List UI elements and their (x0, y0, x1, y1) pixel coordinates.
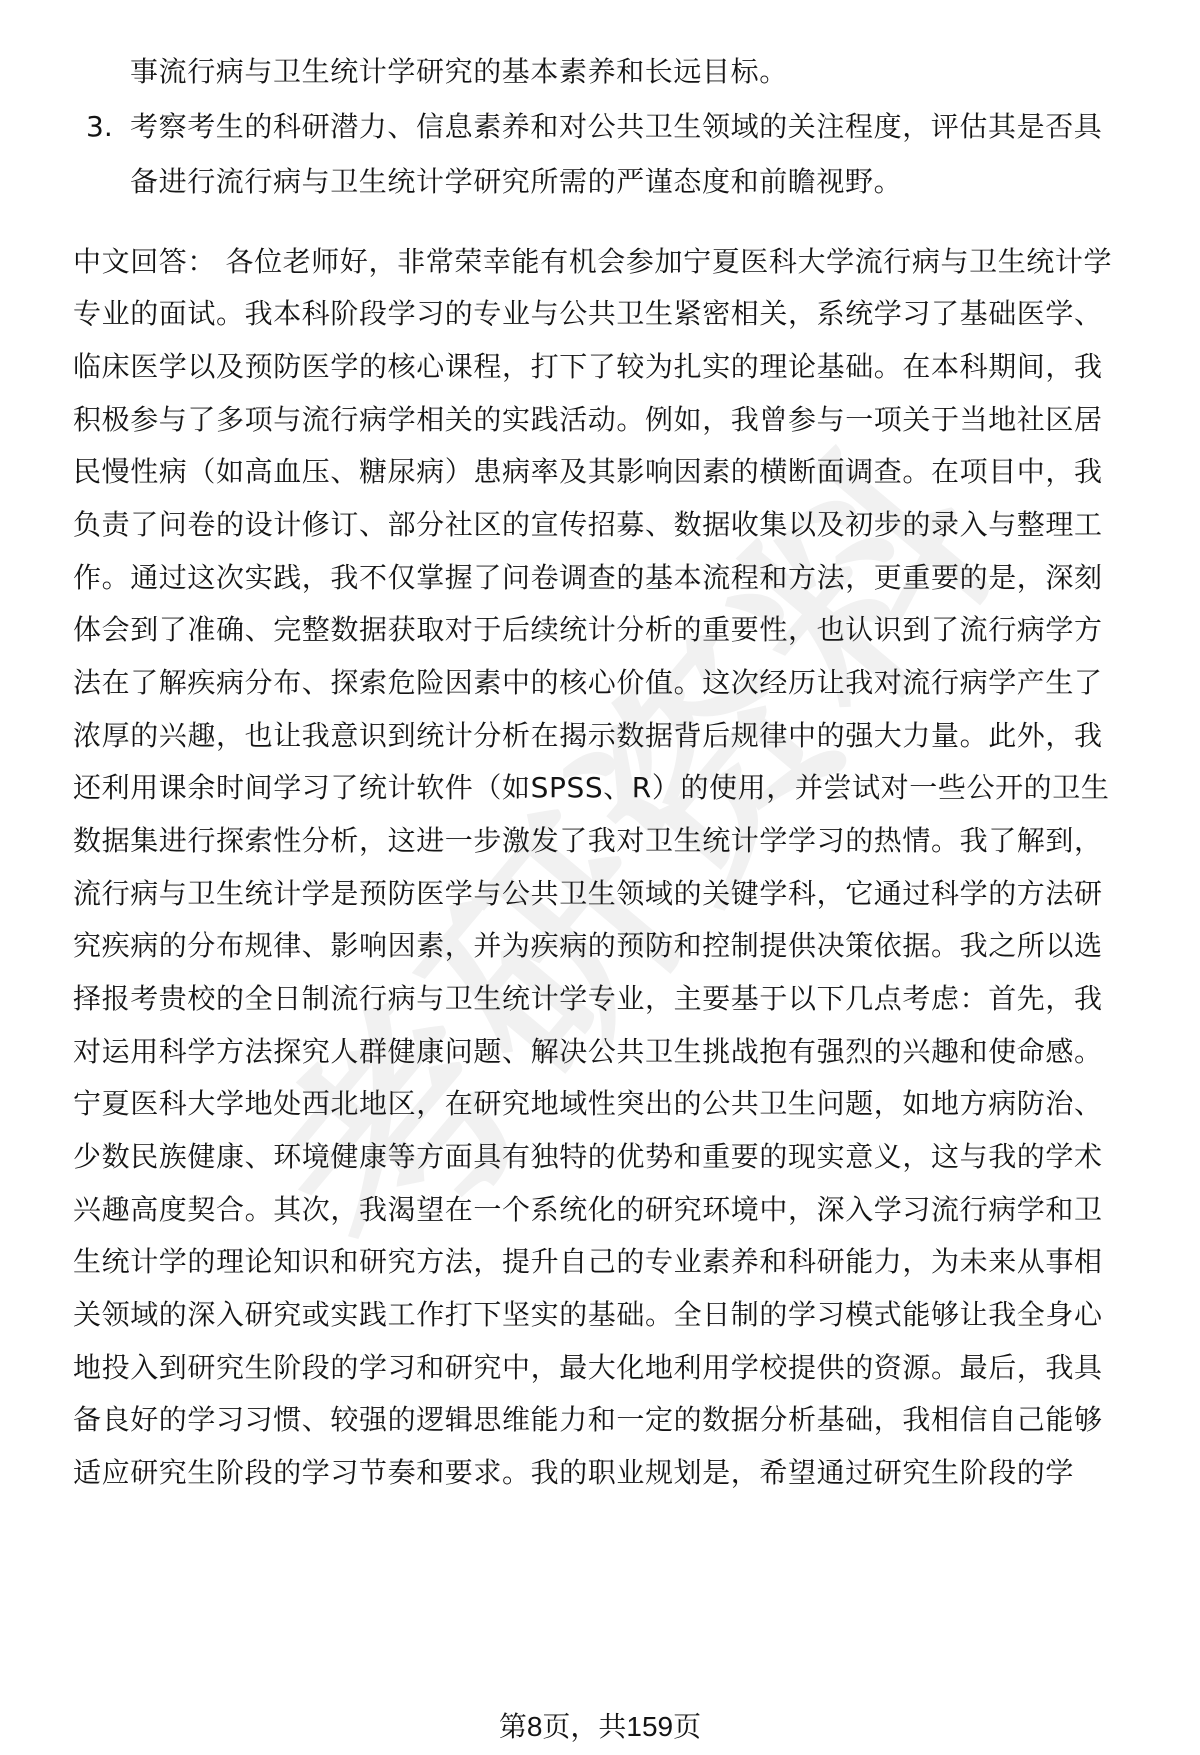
paragraph-line: 对运用科学方法探究人群健康问题、解决公共卫生挑战抱有强烈的兴趣和使命感。 (73, 1032, 1103, 1072)
paragraph-line: 数据集进行探索性分析，这进一步激发了我对卫生统计学学习的热情。我了解到， (73, 821, 1103, 861)
paragraph-line: 民慢性病（如高血压、糖尿病）患病率及其影响因素的横断面调查。在项目中，我 (73, 452, 1103, 492)
paragraph-line: 地投入到研究生阶段的学习和研究中，最大化地利用学校提供的资源。最后，我具 (73, 1348, 1103, 1388)
paragraph-line: 浓厚的兴趣，也让我意识到统计分析在揭示数据背后规律中的强大力量。此外，我 (73, 716, 1103, 756)
list-item-3-line: 考察考生的科研潜力、信息素养和对公共卫生领域的关注程度，评估其是否具 (130, 107, 1102, 147)
paragraph-line: 积极参与了多项与流行病学相关的实践活动。例如，我曾参与一项关于当地社区居 (73, 400, 1103, 440)
list-item-3-number: 3. (86, 107, 113, 147)
document-page: 考研资料 事流行病与卫生统计学研究的基本素养和长远目标。 3. 考察考生的科研潜… (0, 0, 1200, 1755)
paragraph-line: 作。通过这次实践，我不仅掌握了问卷调查的基本流程和方法，更重要的是，深刻 (73, 558, 1103, 598)
paragraph-line: 择报考贵校的全日制流行病与卫生统计学专业，主要基于以下几点考虑：首先，我 (73, 979, 1103, 1019)
paragraph-line: 生统计学的理论知识和研究方法，提升自己的专业素养和科研能力，为未来从事相 (73, 1242, 1103, 1282)
paragraph-line: 流行病与卫生统计学是预防医学与公共卫生领域的关键学科，它通过科学的方法研 (73, 874, 1103, 914)
page-indicator: 第8页，共159页 (0, 1707, 1200, 1747)
paragraph-line: 法在了解疾病分布、探索危险因素中的核心价值。这次经历让我对流行病学产生了 (73, 663, 1103, 703)
paragraph-line: 关领域的深入研究或实践工作打下坚实的基础。全日制的学习模式能够让我全身心 (73, 1295, 1103, 1335)
paragraph-line: 专业的面试。我本科阶段学习的专业与公共卫生紧密相关，系统学习了基础医学、 (73, 294, 1103, 334)
list-item-3-line: 备进行流行病与卫生统计学研究所需的严谨态度和前瞻视野。 (130, 162, 902, 202)
list-item-2-continuation: 事流行病与卫生统计学研究的基本素养和长远目标。 (130, 52, 788, 92)
paragraph-line: 中文回答： 各位老师好，非常荣幸能有机会参加宁夏医科大学流行病与卫生统计学 (73, 242, 1112, 282)
paragraph-line: 体会到了准确、完整数据获取对于后续统计分析的重要性，也认识到了流行病学方 (73, 610, 1103, 650)
paragraph-line: 究疾病的分布规律、影响因素，并为疾病的预防和控制提供决策依据。我之所以选 (73, 926, 1103, 966)
paragraph-line: 少数民族健康、环境健康等方面具有独特的优势和重要的现实意义，这与我的学术 (73, 1137, 1103, 1177)
paragraph-line: 备良好的学习习惯、较强的逻辑思维能力和一定的数据分析基础，我相信自己能够 (73, 1400, 1103, 1440)
paragraph-line: 临床医学以及预防医学的核心课程，打下了较为扎实的理论基础。在本科期间，我 (73, 347, 1103, 387)
paragraph-line: 兴趣高度契合。其次，我渴望在一个系统化的研究环境中，深入学习流行病学和卫 (73, 1190, 1103, 1230)
paragraph-line: 还利用课余时间学习了统计软件（如SPSS、R）的使用，并尝试对一些公开的卫生 (73, 768, 1109, 808)
paragraph-line: 负责了问卷的设计修订、部分社区的宣传招募、数据收集以及初步的录入与整理工 (73, 505, 1103, 545)
paragraph-line: 宁夏医科大学地处西北地区，在研究地域性突出的公共卫生问题，如地方病防治、 (73, 1084, 1103, 1124)
paragraph-line: 适应研究生阶段的学习节奏和要求。我的职业规划是，希望通过研究生阶段的学 (73, 1453, 1074, 1493)
